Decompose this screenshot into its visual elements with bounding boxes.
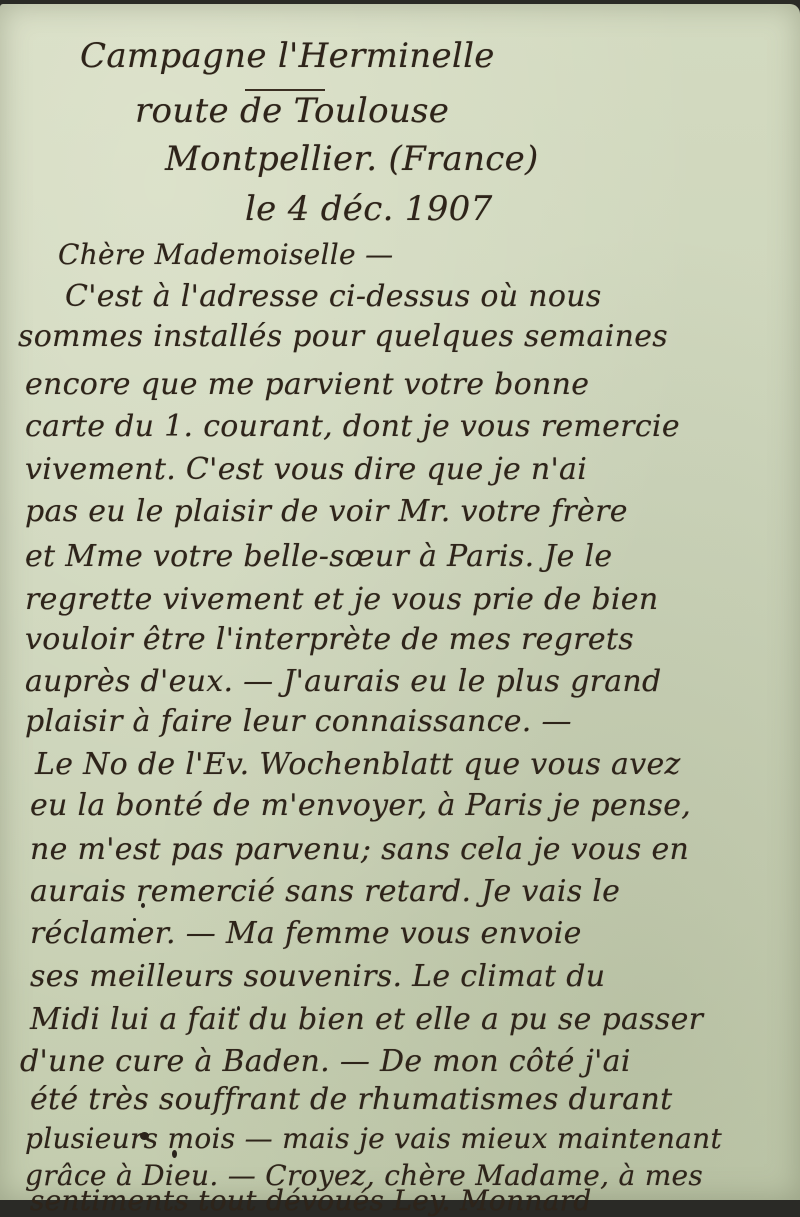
body-line: d'une cure à Baden. — De mon côté j'ai	[20, 1044, 631, 1079]
body-line: carte du 1. courant, dont je vous remerc…	[25, 409, 680, 444]
body-line: et Mme votre belle-sœur à Paris. Je le	[25, 539, 612, 574]
address-line-2: route de Toulouse	[135, 91, 449, 131]
body-line: ses meilleurs souvenirs. Le climat du	[30, 959, 605, 994]
body-line: plaisir à faire leur connaissance. —	[25, 704, 572, 739]
body-line: sommes installés pour quelques semaines	[18, 319, 668, 354]
body-line: auprès d'eux. — J'aurais eu le plus gran…	[25, 664, 662, 699]
address-line-3: Montpellier. (France)	[165, 139, 539, 179]
body-line: Le No de l'Ev. Wochenblatt que vous avez	[35, 747, 681, 782]
body-line: C'est à l'adresse ci-dessus où nous	[65, 279, 602, 314]
letter-date: le 4 déc. 1907	[245, 189, 493, 229]
body-line: vouloir être l'interprète de mes regrets	[25, 622, 634, 657]
body-line: eu la bonté de m'envoyer, à Paris je pen…	[30, 788, 691, 823]
address-line-1: Campagne l'Herminelle	[80, 36, 495, 76]
body-line: Midi lui a fait du bien et elle a pu se …	[30, 1002, 703, 1037]
body-line: pas eu le plaisir de voir Mr. votre frèr…	[25, 494, 628, 529]
body-line: réclamer. — Ma femme vous envoie	[30, 916, 582, 951]
body-line: regrette vivement et je vous prie de bie…	[25, 582, 658, 617]
body-line: vivement. C'est vous dire que je n'ai	[25, 452, 587, 487]
body-line: ne m'est pas parvenu; sans cela je vous …	[30, 832, 689, 867]
salutation: Chère Mademoiselle —	[58, 238, 393, 271]
body-line: été très souffrant de rhumatismes durant	[30, 1082, 672, 1117]
body-line: aurais remercié sans retard. Je vais le	[30, 874, 620, 909]
body-line: encore que me parvient votre bonne	[25, 367, 589, 402]
closing-signature: sentiments tout dévoués Ley. Monnard	[30, 1184, 592, 1200]
body-line: plusieurs mois — mais je vais mieux main…	[25, 1122, 722, 1155]
header-flourish	[245, 89, 325, 91]
letter-card: Campagne l'Herminelle route de Toulouse …	[0, 4, 800, 1200]
